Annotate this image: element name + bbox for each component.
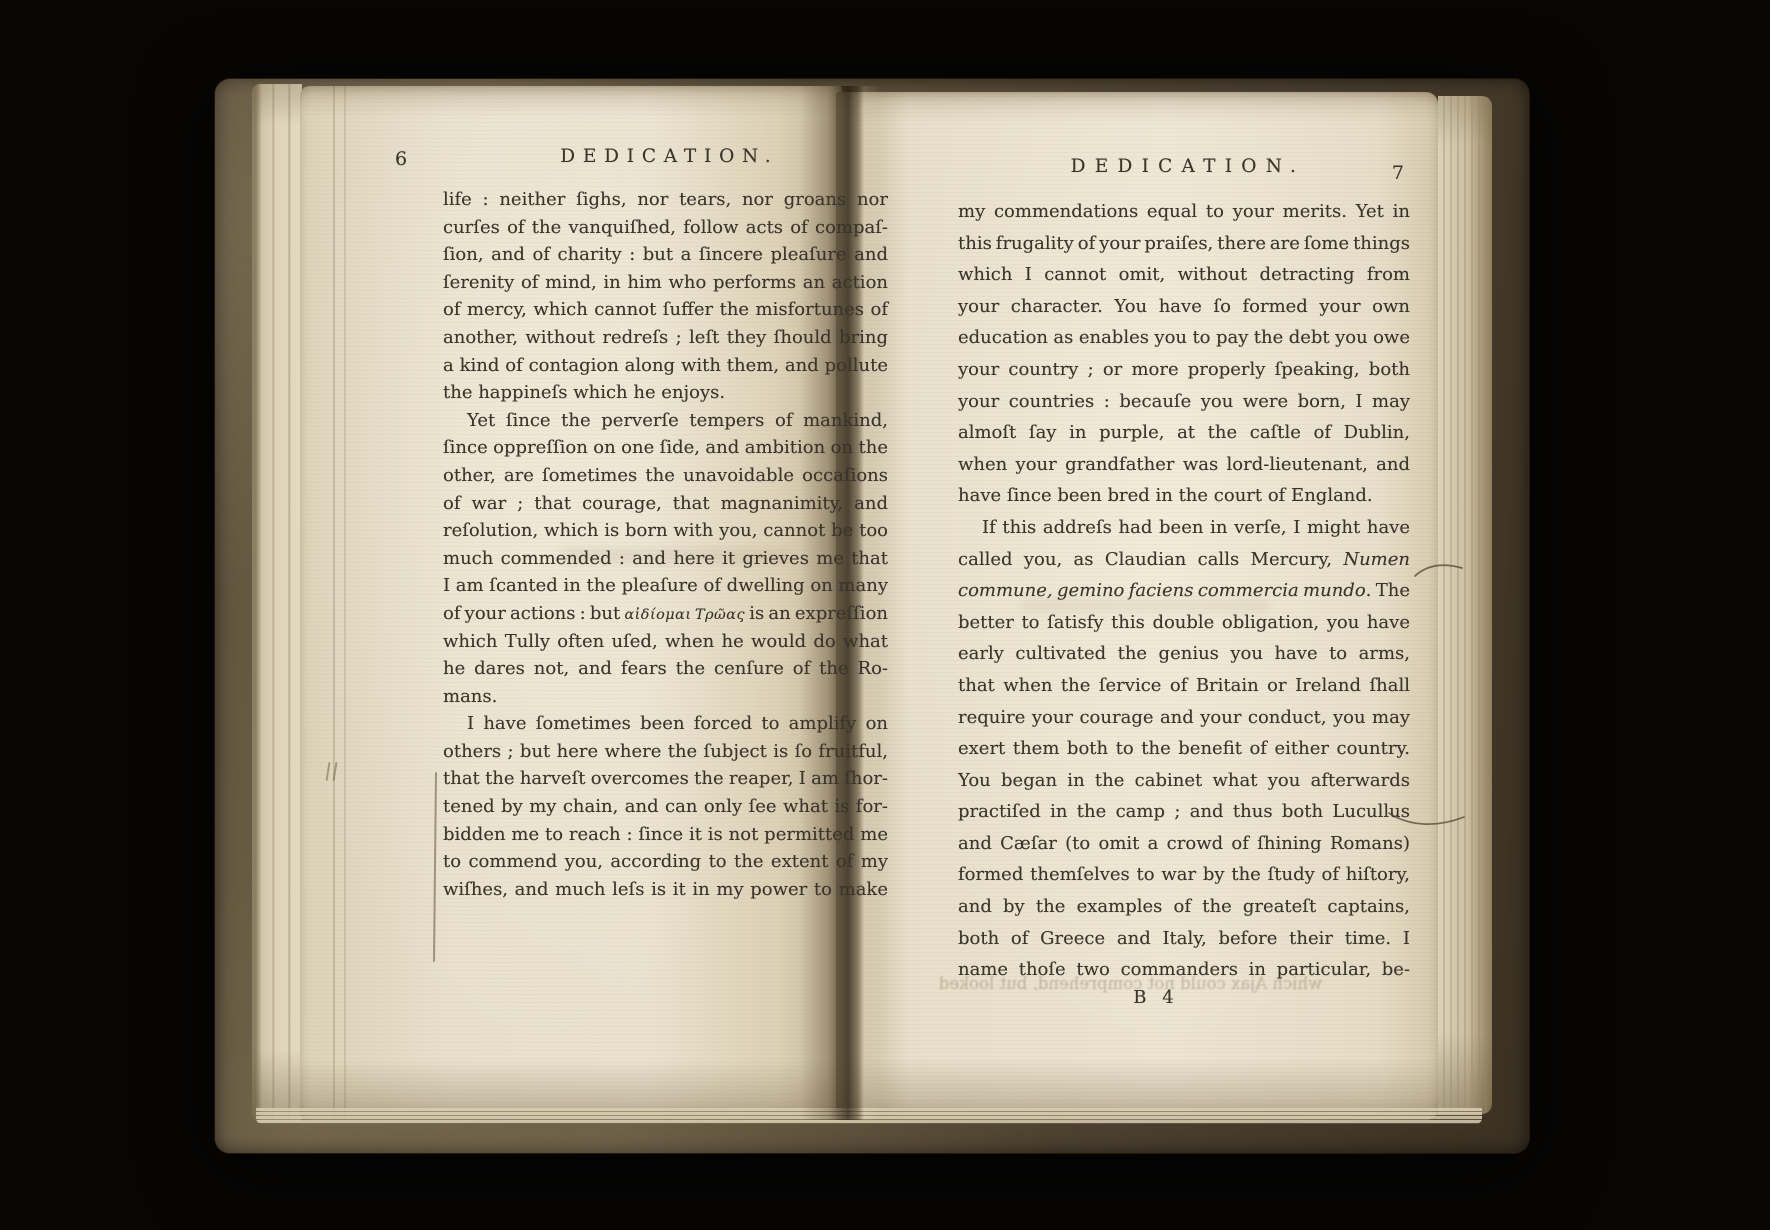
- text-line: life : neither ſighs, nor tears, nor gro…: [443, 186, 888, 214]
- text-line: mans.: [443, 683, 888, 711]
- margin-pen-curve: [1386, 800, 1468, 836]
- text-line: of war ; that courage, that magnanimity,…: [443, 490, 888, 518]
- right-page-number: 7: [1392, 162, 1404, 184]
- margin-pen-ticks: [327, 762, 341, 784]
- text-line: which Tully often uſed, when he would do…: [443, 628, 888, 656]
- text-line: require your courage and your conduct, y…: [958, 702, 1410, 734]
- text-line: he dares not, and fears the cenſure of t…: [443, 655, 888, 683]
- text-line: curſes of the vanquiſhed, follow acts of…: [443, 214, 888, 242]
- right-running-title: DEDICATION.: [958, 156, 1410, 177]
- photo-background: 6 DEDICATION. life : neither ſighs, nor …: [0, 0, 1770, 1230]
- text-line: education as enables you to pay the debt…: [958, 322, 1410, 354]
- margin-pen-curve: [1412, 558, 1466, 586]
- text-line: which I cannot omit, without detracting …: [958, 259, 1410, 291]
- text-line: wiſhes, and much leſs is it in my power …: [443, 876, 888, 904]
- text-line: You began in the cabinet what you afterw…: [958, 765, 1410, 797]
- text-line: your countries : becauſe you were born, …: [958, 386, 1410, 418]
- text-line: the happineſs which he enjoys.: [443, 379, 888, 407]
- text-line: bidden me to reach : ſince it is not per…: [443, 821, 888, 849]
- text-line: ſince oppreſſion on one ſide, and ambiti…: [443, 434, 888, 462]
- text-line: reſolution, which is born with you, cann…: [443, 517, 888, 545]
- left-page-header: 6 DEDICATION.: [393, 140, 893, 186]
- paragraph: life : neither ſighs, nor tears, nor gro…: [443, 186, 888, 407]
- text-line: I am ſcanted in the pleaſure of dwelling…: [443, 572, 888, 600]
- left-page-number: 6: [395, 148, 407, 170]
- text-line: ſerenity of mind, in him who performs an…: [443, 269, 888, 297]
- text-line: If this addreſs had been in verſe, I mig…: [958, 512, 1410, 544]
- paragraph: my commendations equal to your merits. Y…: [958, 196, 1410, 512]
- text-line: exert them both to the benefit of either…: [958, 733, 1410, 765]
- right-text-block: my commendations equal to your merits. Y…: [958, 196, 1410, 986]
- left-running-title: DEDICATION.: [443, 146, 888, 167]
- paragraph: I have ſometimes been forced to amplify …: [443, 710, 888, 903]
- text-line: this frugality of your praiſes, there ar…: [958, 228, 1410, 260]
- text-line: formed themſelves to war by the ſtudy of…: [958, 859, 1410, 891]
- text-line: another, without redreſs ; leſt they ſho…: [443, 324, 888, 352]
- right-page-header: DEDICATION. 7: [958, 150, 1410, 196]
- text-line: both of Greece and Italy, before their t…: [958, 923, 1410, 955]
- text-line: that the harveſt overcomes the reaper, I…: [443, 765, 888, 793]
- bottom-page-edges: [256, 1108, 1482, 1124]
- paragraph: If this addreſs had been in verſe, I mig…: [958, 512, 1410, 986]
- text-line: your character. You have ſo formed your …: [958, 291, 1410, 323]
- text-line: of mercy, which cannot ſuffer the misfor…: [443, 296, 888, 324]
- left-page-edges: [252, 84, 302, 1122]
- text-line: of your actions : but αἰδίομαι Τρῶας is …: [443, 600, 888, 628]
- text-line: almoſt ſay in purple, at the caſtle of D…: [958, 417, 1410, 449]
- text-line: Yet ſince the perverſe tempers of mankin…: [443, 407, 888, 435]
- text-line: called you, as Claudian calls Mercury, N…: [958, 544, 1410, 576]
- text-line: commune, gemino faciens commercia mundo.…: [958, 575, 1410, 607]
- text-line: and Cæſar (to omit a crowd of ſhining Ro…: [958, 828, 1410, 860]
- right-fore-edge: [1438, 96, 1492, 1114]
- text-line: my commendations equal to your merits. Y…: [958, 196, 1410, 228]
- text-line: when your grandfather was lord-lieutenan…: [958, 449, 1410, 481]
- text-line: that when the ſervice of Britain or Irel…: [958, 670, 1410, 702]
- text-line: tened by my chain, and can only ſee what…: [443, 793, 888, 821]
- right-page-text: DEDICATION. 7 my commendations equal to …: [958, 150, 1410, 1008]
- text-line: much commended : and here it grieves me …: [443, 545, 888, 573]
- text-line: I have ſometimes been forced to amplify …: [443, 710, 888, 738]
- text-line: and by the examples of the greateſt capt…: [958, 891, 1410, 923]
- gathering-signature: B 4: [930, 987, 1382, 1008]
- text-line: to commend you, according to the extent …: [443, 848, 888, 876]
- text-line: a kind of contagion along with them, and…: [443, 352, 888, 380]
- text-line: ſion, and of charity : but a ſincere ple…: [443, 241, 888, 269]
- text-line: better to ſatisfy this double obligation…: [958, 607, 1410, 639]
- text-line: other, are ſometimes the unavoidable occ…: [443, 462, 888, 490]
- paragraph: Yet ſince the perverſe tempers of mankin…: [443, 407, 888, 711]
- left-text-block: life : neither ſighs, nor tears, nor gro…: [443, 186, 888, 903]
- left-page-text: 6 DEDICATION. life : neither ſighs, nor …: [393, 140, 893, 903]
- text-line: early cultivated the genius you have to …: [958, 638, 1410, 670]
- text-line: have ſince been bred in the court of Eng…: [958, 480, 1410, 512]
- text-line: others ; but here where the ſubject is ſ…: [443, 738, 888, 766]
- text-line: practiſed in the camp ; and thus both Lu…: [958, 796, 1410, 828]
- text-line: your country ; or more properly ſpeaking…: [958, 354, 1410, 386]
